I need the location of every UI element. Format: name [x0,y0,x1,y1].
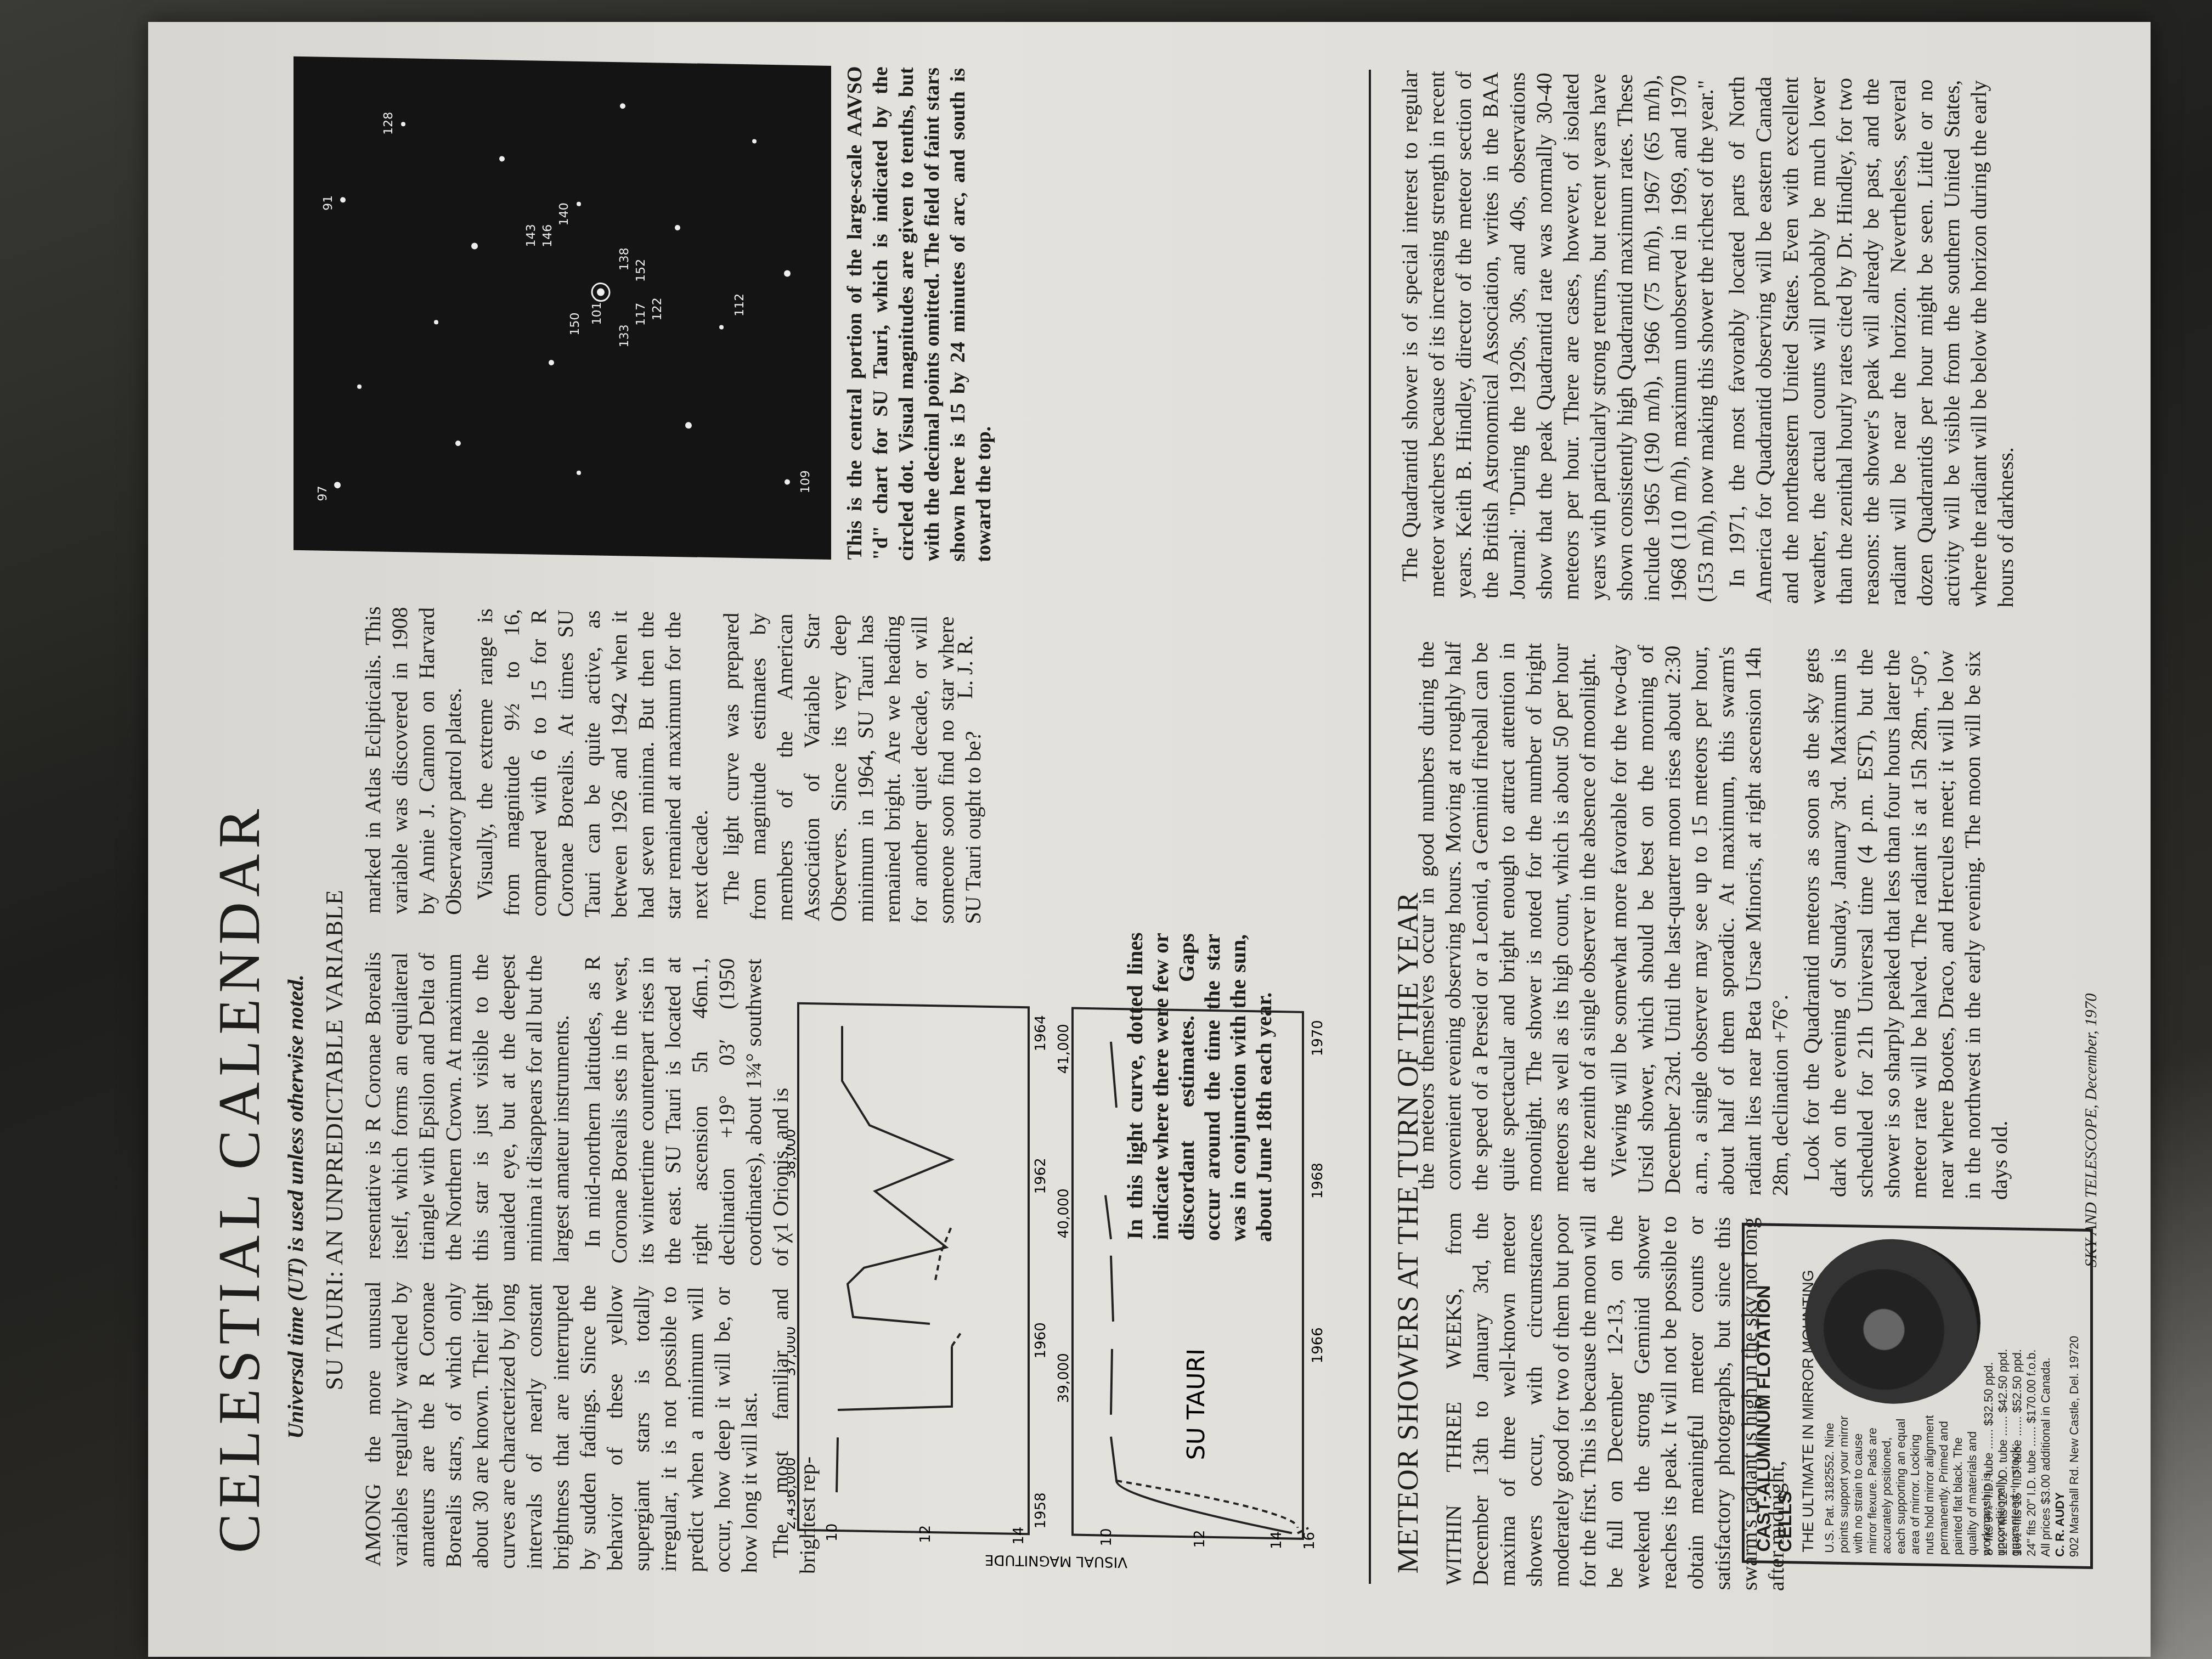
chart-title: SU TAURI [1182,1348,1210,1460]
svg-text:152: 152 [634,259,648,282]
svg-text:39,000: 39,000 [1056,1353,1072,1403]
svg-text:1964: 1964 [1032,1015,1049,1052]
ad-address: 902 Marshall Rd. New Castle, Del. 19720 [2067,1336,2081,1558]
paragraph: resentative is R Coronae Borealis itself… [359,952,574,1263]
light-curve-caption: In this light curve, dotted lines indica… [1122,932,1277,1242]
section-divider [1369,70,1371,1584]
price-line: 8" fits 9¼" I.D. tube ...... $32.50 ppd. [1982,1334,1996,1556]
svg-text:14: 14 [1011,1526,1027,1545]
svg-text:1960: 1960 [1032,1322,1049,1359]
svg-text:10: 10 [1098,1528,1115,1547]
price-line: 16½" fits 15" I.D. tube ...... $52.50 pp… [2010,1335,2024,1556]
meteor-column-2: the meteors themselves occur in good num… [1413,641,2017,1200]
section-heading-su-tauri: SU TAURI: AN UNPREDICTABLE VARIABLE [321,787,348,1391]
svg-text:16: 16 [1301,1532,1318,1550]
price-line: 24" fits 20" I.D. tube ...... $170.00 f.… [2024,1335,2039,1556]
svg-text:12: 12 [1192,1530,1208,1548]
mirror-cell-photo [1805,1238,1980,1406]
y-axis-label: VISUAL MAGNITUDE [985,1551,1127,1571]
svg-text:10: 10 [824,1523,840,1542]
paragraph: Viewing will be somewhat more favorable … [1605,645,1793,1197]
paragraph: WITHIN THREE WEEKS, from December 13th t… [1440,1212,1790,1591]
ad-company: C. R. AUDY [2053,1335,2067,1557]
svg-text:117: 117 [634,303,648,326]
article-column-3: marked in Atlas Eclipticalis. This varia… [359,606,991,924]
svg-text:14: 14 [1268,1531,1285,1550]
svg-text:12: 12 [917,1525,934,1544]
svg-text:146: 146 [541,224,555,247]
aavso-star-chart: 97 91 128 143 146 140 150 101 138 152 13… [294,57,831,560]
magazine-page: CELESTIAL CALENDAR Universal time (UT) i… [148,22,2151,1657]
svg-text:97: 97 [316,486,330,501]
star-field-svg: 97 91 128 143 146 140 150 101 138 152 13… [294,57,831,560]
svg-text:1958: 1958 [1032,1492,1049,1529]
page-subtitle: Universal time (UT) is used unless other… [283,974,308,1440]
svg-text:138: 138 [618,247,631,270]
paragraph: The light curve was prepared from magnit… [718,612,986,924]
ad-price-list: 8" fits 9¼" I.D. tube ...... $32.50 ppd.… [1982,1334,2081,1558]
flotation-cells-advertisement: CAST-ALUMINUM FLOTATION CELLS THE ULTIMA… [1742,1223,2093,1569]
svg-text:143: 143 [524,224,538,247]
price-line: All prices $3.00 additional in Canada. [2039,1335,2053,1557]
paragraph: In 1971, the most favorably located part… [1723,76,2019,607]
svg-text:140: 140 [557,202,571,225]
svg-text:1966: 1966 [1310,1327,1326,1364]
paragraph: In mid-northern latitudes, as R Coronae … [579,956,794,1267]
svg-text:133: 133 [618,324,631,347]
author-signature: L. J. R. [952,635,978,699]
paragraph: the meteors themselves occur in good num… [1413,641,1601,1193]
svg-text:1962: 1962 [1032,1158,1049,1194]
paragraph: Visually, the extreme range is from magn… [471,608,713,919]
page-footer: SKY AND TELESCOPE, December, 1970 [2082,993,2101,1267]
paragraph: The Quadrantid shower is of special inte… [1396,70,1719,602]
svg-text:112: 112 [733,294,747,317]
paragraph: AMONG the more unusual variables regular… [359,1281,763,1573]
rotated-page-content: CELESTIAL CALENDAR Universal time (UT) i… [173,27,2126,1652]
article-column-2: resentative is R Coronae Borealis itself… [359,952,798,1267]
article-column-1: AMONG the more unusual variables regular… [359,1281,825,1575]
meteor-column-3: The Quadrantid shower is of special inte… [1396,70,2023,608]
svg-text:1968: 1968 [1310,1163,1326,1199]
svg-text:101: 101 [590,302,604,325]
price-line: 12½" fits 12" I.D. tube ...... $42.50 pp… [1996,1334,2010,1556]
meteor-column-1: WITHIN THREE WEEKS, from December 13th t… [1440,1212,1794,1591]
svg-text:150: 150 [568,313,582,336]
svg-text:38,000: 38,000 [787,1128,799,1179]
svg-text:122: 122 [651,297,664,320]
svg-text:1970: 1970 [1310,1020,1326,1057]
ad-headline: CAST-ALUMINUM FLOTATION CELLS [1753,1234,1796,1552]
svg-text:41,000: 41,000 [1056,1024,1072,1074]
svg-text:37,000: 37,000 [787,1326,799,1376]
svg-text:91: 91 [321,195,335,211]
paragraph: marked in Atlas Eclipticalis. This varia… [359,606,467,915]
svg-text:2,436,000: 2,436,000 [787,1457,799,1530]
page-title: CELESTIAL CALENDAR [206,803,274,1554]
star-chart-caption: This is the central portion of the large… [842,66,997,562]
paragraph: Look for the Quadrantid meteors as soon … [1798,648,2013,1200]
svg-text:109: 109 [799,470,812,493]
svg-text:40,000: 40,000 [1056,1188,1072,1239]
svg-text:128: 128 [382,112,396,135]
